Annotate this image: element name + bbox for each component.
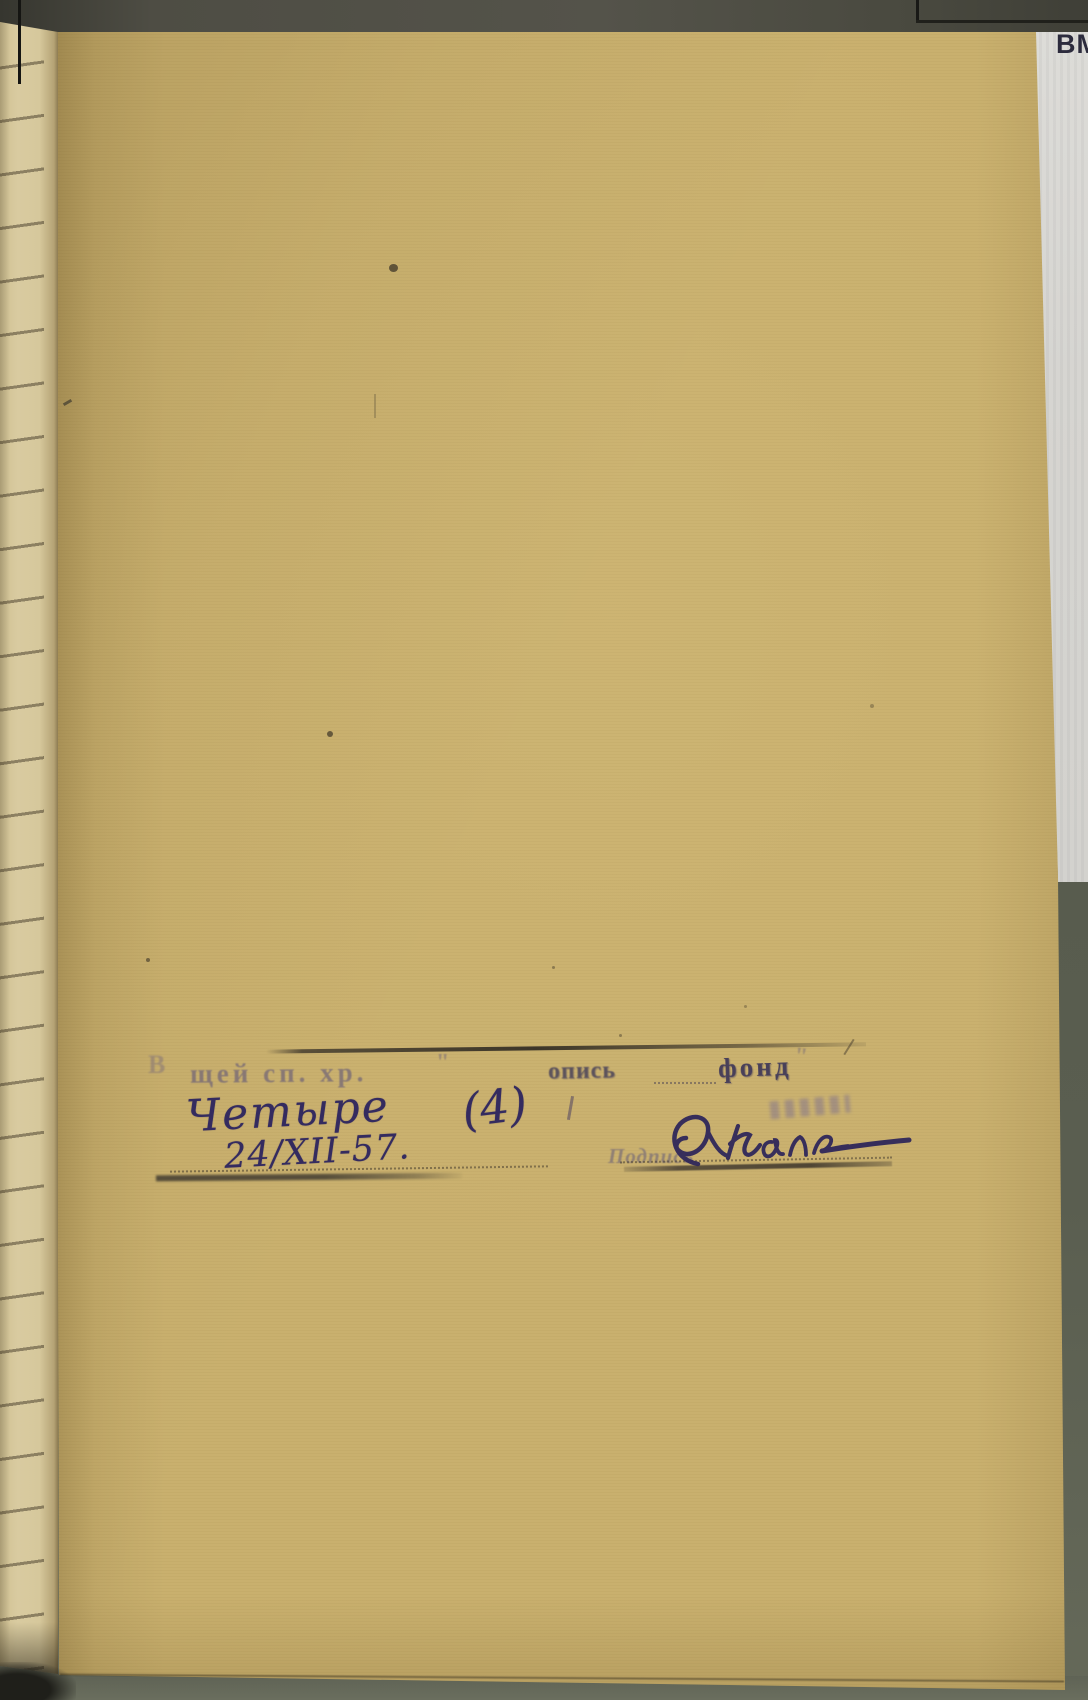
corner-text-fragment: ВМ [1056, 30, 1088, 60]
background-horizontal-line [916, 20, 1088, 23]
paper-speck [389, 264, 398, 272]
scanner-background-top [0, 0, 1088, 32]
paper-speck [870, 704, 874, 708]
scanned-archive-page: ВМ В щей сп. хр. " опись фонд " Подпись … [0, 0, 1088, 1700]
signature [664, 1104, 914, 1178]
stamp-left-fragment: В [148, 1050, 165, 1080]
handwritten-count-numeral: (4) [459, 1076, 530, 1138]
stamp-quote-mark: " [436, 1050, 449, 1077]
background-vertical-line [916, 0, 919, 22]
book-page-edges [0, 16, 58, 1682]
page-edge-shading [0, 16, 58, 1682]
document-page [55, 28, 1067, 1694]
stamp-opis-label: опись [548, 1057, 616, 1085]
shadow-corner [0, 1662, 76, 1700]
paper-speck [619, 1034, 622, 1037]
spine-edge-line [18, 0, 21, 84]
stamp-dotted-line [654, 1068, 716, 1084]
paper-speck [327, 731, 333, 737]
stamp-fond-label: фонд [717, 1051, 791, 1085]
paper-fiber [374, 394, 376, 418]
paper-speck [552, 966, 555, 969]
paper-speck [146, 958, 150, 962]
paper-speck [744, 1005, 747, 1008]
